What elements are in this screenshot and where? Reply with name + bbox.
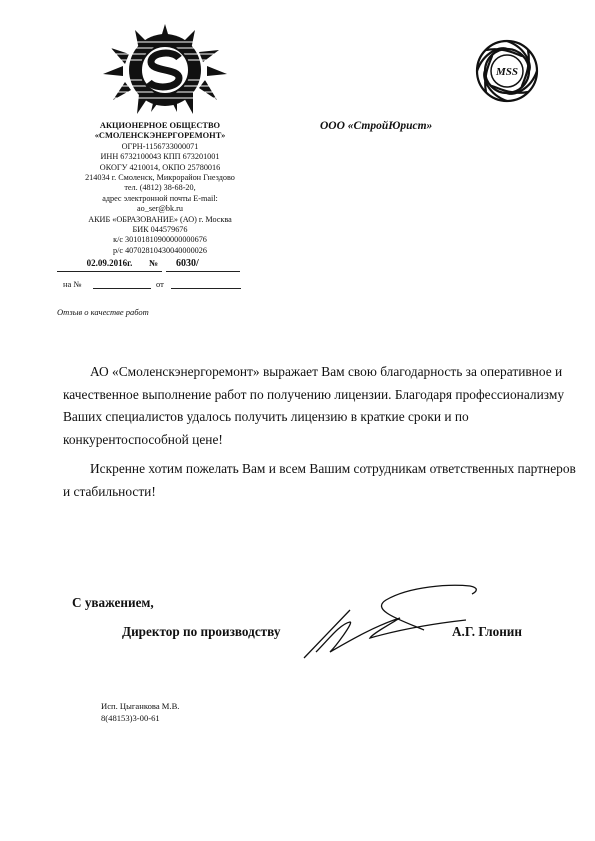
ref-label: на №	[63, 279, 82, 289]
body-paragraph-2: Искренне хотим пожелать Вам и всем Вашим…	[63, 458, 585, 503]
subject: Отзыв о качестве работ	[57, 307, 149, 317]
letterhead-line: АКИБ «ОБРАЗОВАНИЕ» (АО) г. Москва	[60, 215, 260, 225]
letterhead-line: ИНН 6732100043 КПП 673201001	[60, 152, 260, 162]
number-label: №	[149, 258, 158, 268]
ref-number-blank	[93, 278, 151, 289]
letterhead-line: к/с 30101810900000000676	[60, 235, 260, 245]
letterhead-line: ОГРН-1156733000071	[60, 142, 260, 152]
letterhead-email: ao_ser@bk.ru	[60, 204, 260, 214]
date-value: 02.09.2016г.	[87, 258, 133, 268]
handwritten-signature-icon	[300, 580, 500, 660]
date-field: 02.09.2016г.	[57, 258, 162, 272]
number-value: 6030/	[166, 258, 199, 269]
company-name: «СМОЛЕНСКЭНЕРГОРЕМОНТ»	[60, 131, 260, 141]
signer-position: Директор по производству	[122, 624, 280, 640]
letterhead-line: ОКОГУ 4210014, ОКПО 25780016	[60, 163, 260, 173]
mss-logo-icon: MSS	[472, 36, 542, 106]
letterhead-line: адрес электронной почты E-mail:	[60, 194, 260, 204]
from-date-blank	[171, 278, 241, 289]
executor-name: Исп. Цыганкова М.В.	[101, 700, 179, 712]
body-paragraph-1: АО «Смоленскэнергоремонт» выражает Вам с…	[63, 361, 581, 451]
sun-s-logo-icon	[95, 22, 235, 117]
executor: Исп. Цыганкова М.В. 8(48153)3-00-61	[101, 700, 179, 724]
executor-phone: 8(48153)3-00-61	[101, 712, 179, 724]
letterhead: АКЦИОНЕРНОЕ ОБЩЕСТВО «СМОЛЕНСКЭНЕРГОРЕМО…	[60, 121, 260, 256]
letterhead-line: р/с 40702810430040000026	[60, 246, 260, 256]
mss-logo-text: MSS	[495, 66, 518, 78]
letterhead-line: БИК 044579676	[60, 225, 260, 235]
letterhead-line: тел. (4812) 38-68-20,	[60, 183, 260, 193]
letterhead-line: 214034 г. Смоленск, Микрорайон Гнездово	[60, 173, 260, 183]
company-type: АКЦИОНЕРНОЕ ОБЩЕСТВО	[60, 121, 260, 131]
recipient: ООО «СтройЮрист»	[320, 120, 432, 132]
closing-regards: С уважением,	[72, 595, 154, 611]
number-field: 6030/	[166, 258, 240, 272]
from-label: от	[156, 279, 164, 289]
